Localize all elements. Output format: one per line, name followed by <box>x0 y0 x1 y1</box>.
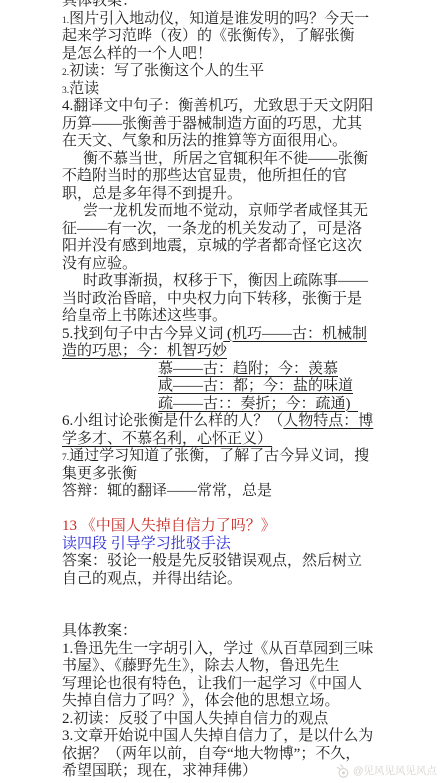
text-segment: 征——有一次，一条龙的机关发动了，可是洛 <box>62 221 362 237</box>
doc-line: 依据？（两年以前，自夸“地大物博”；不久， <box>62 746 384 764</box>
doc-line: 没有应验。 <box>62 256 384 274</box>
doc-line: 集更多张衡 <box>62 466 384 484</box>
text-segment: 起来学习范晔（夜）的《张衡传》，了解张衡 <box>62 28 355 44</box>
text-segment: 希望国联；现在，求神拜佛） <box>62 763 257 779</box>
doc-line: 咸——古：都；今：盐的味道 <box>62 378 384 396</box>
doc-line: 历算——张衡善于器械制造方面的巧思，尤其 <box>62 116 384 134</box>
text-segment: 失掉自信力了吗？》，体会他的思想立场。 <box>62 693 340 709</box>
doc-line: 5.找到句子中古今异义词 (机巧——古：机械制 <box>62 326 384 344</box>
doc-line: 衡不慕当世，所居之官辄积年不徙——张衡 <box>62 151 384 169</box>
text-segment: 衡不慕当世，所居之官辄积年不徙——张衡 <box>83 151 368 167</box>
text-segment: 给皇帝上书陈述这些事。 <box>62 308 227 324</box>
text-segment: 学多才、不慕名利，心怀正义） <box>62 431 272 447</box>
doc-line: 2.初读：反驳了中国人失掉自信力的观点 <box>62 711 384 729</box>
document-body: 具体教案：1.图片引入地动仪，知道是谁发明的吗？今天一起来学习范晔（夜）的《张衡… <box>62 0 384 781</box>
lesson-13-title: 13 《中国人失掉自信力了吗？》 <box>62 518 384 536</box>
text-segment: (机巧——古：机械制 <box>223 326 367 342</box>
text-segment: 当时政治昏暗，中央权力向下转移，张衡于是 <box>62 291 362 307</box>
doc-line: 答辩：辄的翻译——常常，总是 <box>62 483 384 501</box>
doc-line: 学多才、不慕名利，心怀正义） <box>62 431 384 449</box>
text-segment: 范读 <box>69 81 99 97</box>
text-segment: 尝一龙机发而地不觉动，京师学者咸怪其无 <box>83 203 368 219</box>
text-segment: 时政事渐损，权移于下，衡因上疏陈事—— <box>83 273 368 289</box>
text-segment: 图片引入地动仪，知道是谁发明的吗？今天一 <box>69 11 369 27</box>
doc-line: 职，总是多年得不到提升。 <box>62 186 384 204</box>
text-segment: 历算——张衡善于器械制造方面的巧思，尤其 <box>62 116 362 132</box>
text-segment: 造的巧思；今：机智巧妙 <box>62 343 227 359</box>
reading-guide: 读四段 引导学习批驳手法 <box>62 536 384 554</box>
text-segment: 4.翻译文中句子：衡善机巧，尤致思于天文阴阳 <box>62 98 373 114</box>
doc-line: 失掉自信力了吗？》，体会他的思想立场。 <box>62 693 384 711</box>
doc-line: 是怎么样的一个人吧！ <box>62 46 384 64</box>
doc-line: 起来学习范晔（夜）的《张衡传》，了解张衡 <box>62 28 384 46</box>
text-segment: 集更多张衡 <box>62 466 137 482</box>
text-segment: 不趋附当时的那些达官显贵，他所担任的官 <box>62 168 347 184</box>
document-photo: 具体教案：1.图片引入地动仪，知道是谁发明的吗？今天一起来学习范晔（夜）的《张衡… <box>0 0 440 783</box>
text-segment: 具体教案： <box>62 0 137 9</box>
doc-line: 不趋附当时的那些达官显贵，他所担任的官 <box>62 168 384 186</box>
doc-line: 6.小组讨论张衡是什么样的人？（人物特点：博 <box>62 413 384 431</box>
text-segment: 慕——古：趋附；今：羡慕 <box>158 361 338 377</box>
doc-line: 阳并没有感到地震，京城的学者都奇怪它这次 <box>62 238 384 256</box>
doc-line: 书屋》、《藤野先生》，除去人物，鲁迅先生 <box>62 658 384 676</box>
text-segment: 在天文、气象和历法的推算等方面很用心。 <box>62 133 347 149</box>
doc-line: 给皇帝上书陈述这些事。 <box>62 308 384 326</box>
doc-line: 造的巧思；今：机智巧妙 <box>62 343 384 361</box>
doc-line: 慕——古：趋附；今：羡慕 <box>62 361 384 379</box>
section-heading: 具体教案： <box>62 623 384 641</box>
text-segment: 6.小组讨论张衡是什么样的人？（ <box>62 413 283 429</box>
text-segment: 答辩：辄的翻译——常常，总是 <box>62 483 272 499</box>
weibo-logo-icon <box>335 764 350 779</box>
doc-line: 7.通过学习知道了张衡，了解了古今异义词，搜 <box>62 448 384 466</box>
doc-line: 在天文、气象和历法的推算等方面很用心。 <box>62 133 384 151</box>
doc-line: 答案：驳论一般是先反驳错误观点，然后树立 <box>62 553 384 571</box>
doc-line: 4.翻译文中句子：衡善机巧，尤致思于天文阴阳 <box>62 98 384 116</box>
text-segment: 3.文章开始说中国人失掉自信力了，是以什么为 <box>62 728 373 744</box>
text-segment: 自己的观点，并得出结论。 <box>62 571 242 587</box>
doc-line: 3.文章开始说中国人失掉自信力了，是以什么为 <box>62 728 384 746</box>
doc-line: 2.初读：写了张衡这个人的生平 <box>62 63 384 81</box>
text-segment: 读四段 引导学习批驳手法 <box>62 536 231 552</box>
watermark-handle: @见风见风见风点 <box>353 763 437 779</box>
doc-line: 尝一龙机发而地不觉动，京师学者咸怪其无 <box>62 203 384 221</box>
text-segment: 人物特点：博 <box>283 413 373 429</box>
text-segment: 5.找到句子中古今异义词 <box>62 326 223 342</box>
text-segment: 疏——古：：奏折；今：疏通) <box>158 396 358 412</box>
text-segment: 是怎么样的一个人吧！ <box>62 46 212 62</box>
doc-line: 1.鲁迅先生一字胡引入，学过《从百草园到三味 <box>62 641 384 659</box>
doc-line: 写理论也很有特色，让我们一起学习《中国人 <box>62 676 384 694</box>
text-segment: 书屋》、《藤野先生》，除去人物，鲁迅先生 <box>62 658 340 674</box>
text-segment: 13 《中国人失掉自信力了吗？》 <box>62 518 276 534</box>
blank-line <box>62 501 384 519</box>
text-segment: 依据？（两年以前，自夸“地大物博”；不久， <box>62 746 360 762</box>
text-segment: 通过学习知道了张衡，了解了古今异义词，搜 <box>69 448 369 464</box>
text-segment: 咸——古：都；今：盐的味道 <box>158 378 353 394</box>
blank-line <box>62 588 384 606</box>
doc-line: 时政事渐损，权移于下，衡因上疏陈事—— <box>62 273 384 291</box>
doc-line: 1.图片引入地动仪，知道是谁发明的吗？今天一 <box>62 11 384 29</box>
doc-line: 疏——古：：奏折；今：疏通) <box>62 396 384 414</box>
text-segment: 答案：驳论一般是先反驳错误观点，然后树立 <box>62 553 362 569</box>
text-segment: 2.初读：反驳了中国人失掉自信力的观点 <box>62 711 328 727</box>
text-segment: 初读：写了张衡这个人的生平 <box>69 63 264 79</box>
text-segment: 没有应验。 <box>62 256 137 272</box>
doc-line: 当时政治昏暗，中央权力向下转移，张衡于是 <box>62 291 384 309</box>
weibo-watermark: @见风见风见风点 <box>335 763 437 779</box>
text-segment: 具体教案： <box>62 623 137 639</box>
text-segment: 职，总是多年得不到提升。 <box>62 186 242 202</box>
text-segment: 阳并没有感到地震，京城的学者都奇怪它这次 <box>62 238 362 254</box>
doc-line: 自己的观点，并得出结论。 <box>62 571 384 589</box>
blank-line <box>62 606 384 624</box>
section-heading-cut: 具体教案： <box>62 0 384 11</box>
doc-line: 征——有一次，一条龙的机关发动了，可是洛 <box>62 221 384 239</box>
doc-line: 3.范读 <box>62 81 384 99</box>
text-segment: 写理论也很有特色，让我们一起学习《中国人 <box>62 676 362 692</box>
text-segment: 1.鲁迅先生一字胡引入，学过《从百草园到三味 <box>62 641 373 657</box>
